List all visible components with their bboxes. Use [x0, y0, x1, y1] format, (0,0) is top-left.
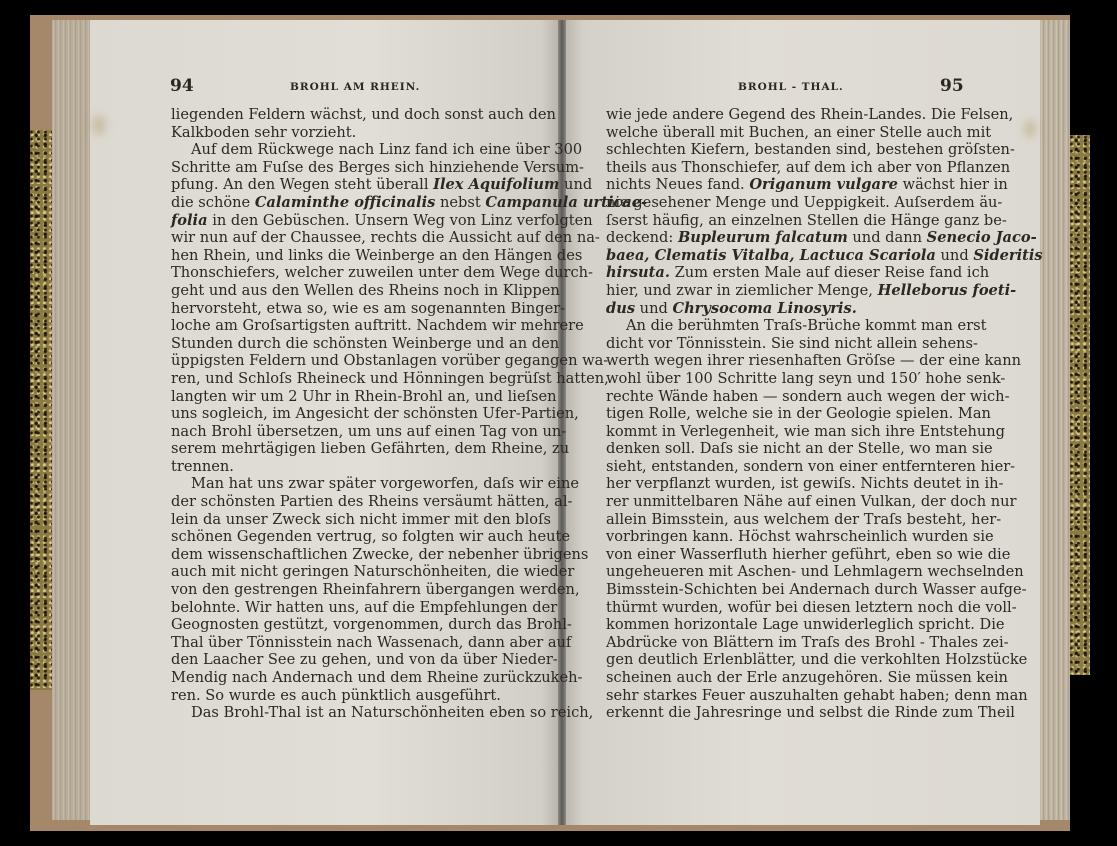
- text-line: folia in den Gebüschen. Unsern Weg von L…: [171, 212, 525, 230]
- text-line: schönen Gegenden vertrug, so folgten wir…: [171, 528, 525, 546]
- text-line: nie gesehener Menge und Ueppigkeit. Auſs…: [606, 194, 958, 212]
- text-line: kommt in Verlegenheit, wie man sich ihre…: [606, 423, 958, 441]
- text-line: kommen horizontale Lage unwiderleglich s…: [606, 616, 958, 634]
- text-line: Geognosten gestützt, vorgenommen, durch …: [171, 616, 525, 634]
- text-line: Kalkboden sehr vorzieht.: [171, 124, 525, 142]
- text-line: hirsuta. Zum ersten Male auf dieser Reis…: [606, 264, 958, 282]
- text-line: geht und aus den Wellen des Rheins noch …: [171, 282, 525, 300]
- text-line: üppigsten Feldern und Obstanlagen vorübe…: [171, 352, 525, 370]
- text-line: erkennt die Jahresringe und selbst die R…: [606, 704, 958, 722]
- latin-name: Calaminthe officinalis: [255, 194, 436, 211]
- text-line: Bimsstein-Schichten bei Andernach durch …: [606, 581, 958, 599]
- text-line: wie jede andere Gegend des Rhein-Landes.…: [606, 106, 958, 124]
- left-page-body: liegenden Feldern wächst, und doch sonst…: [171, 106, 525, 722]
- text-line: der schönsten Partien des Rheins versäum…: [171, 493, 525, 511]
- latin-name: Bupleurum falcatum: [678, 229, 848, 246]
- text-line: ren, und Schloſs Rheineck und Hönningen …: [171, 370, 525, 388]
- text-line: scheinen auch der Erle anzugehören. Sie …: [606, 669, 958, 687]
- text-line: her verpflanzt wurden, ist gewiſs. Nicht…: [606, 475, 958, 493]
- text-line: Man hat uns zwar später vorgeworfen, daſ…: [171, 475, 525, 493]
- marbled-board-right: [1070, 135, 1090, 675]
- text-line: loche am Groſsartigsten auftritt. Nachde…: [171, 317, 525, 335]
- page-edges-left: [52, 20, 92, 820]
- text-line: hervorsteht, etwa so, wie es am sogenann…: [171, 300, 525, 318]
- text-line: deckend: Bupleurum falcatum und dann Sen…: [606, 229, 958, 247]
- page-number-right: 95: [940, 76, 964, 96]
- right-page-body: wie jede andere Gegend des Rhein-Landes.…: [606, 106, 958, 722]
- text-line: ungeheueren mit Aschen- und Lehmlagern w…: [606, 563, 958, 581]
- latin-name: Ilex Aquifolium: [433, 176, 559, 193]
- text-line: rechte Wände haben — sondern auch wegen …: [606, 388, 958, 406]
- text-line: sieht, entstanden, sondern von einer ent…: [606, 458, 958, 476]
- text-line: Mendig nach Andernach und dem Rheine zur…: [171, 669, 525, 687]
- latin-name: Origanum vulgare: [749, 176, 898, 193]
- text-line: von einer Wasserfluth hierher geführt, e…: [606, 546, 958, 564]
- text-line: pfung. An den Wegen steht überall Ilex A…: [171, 176, 525, 194]
- text-line: langten wir um 2 Uhr in Rhein-Brohl an, …: [171, 388, 525, 406]
- text-line: von den gestrengen Rheinfahrern übergang…: [171, 581, 525, 599]
- text-line: liegenden Feldern wächst, und doch sonst…: [171, 106, 525, 124]
- text-line: die schöne Calaminthe officinalis nebst …: [171, 194, 525, 212]
- foxing-stain: [1024, 120, 1036, 138]
- text-line: Abdrücke von Blättern im Traſs des Brohl…: [606, 634, 958, 652]
- text-line: schlechten Kiefern, bestanden sind, best…: [606, 141, 958, 159]
- text-line: serem mehrtägigen lieben Gefährten, dem …: [171, 440, 525, 458]
- text-line: lein da unser Zweck sich nicht immer mit…: [171, 511, 525, 529]
- text-line: dicht vor Tönnisstein. Sie sind nicht al…: [606, 335, 958, 353]
- latin-name: Sideritis: [973, 247, 1042, 264]
- text-line: theils aus Thonschiefer, auf dem ich abe…: [606, 159, 958, 177]
- text-line: hen Rhein, und links die Weinberge an de…: [171, 247, 525, 265]
- text-line: An die berühmten Traſs-Brüche kommt man …: [606, 317, 958, 335]
- text-line: ren. So wurde es auch pünktlich ausgefüh…: [171, 687, 525, 705]
- running-head-left: BROHL AM RHEIN.: [290, 81, 420, 93]
- latin-name: baea, Clematis Vitalba, Lactuca Scariola: [606, 247, 936, 264]
- latin-name: Helleborus foeti-: [878, 282, 1017, 299]
- text-line: vorbringen kann. Höchst wahrscheinlich w…: [606, 528, 958, 546]
- page-number-left: 94: [170, 76, 194, 96]
- text-line: wir nun auf der Chaussee, rechts die Aus…: [171, 229, 525, 247]
- text-line: werth wegen ihrer riesenhaften Gröſse — …: [606, 352, 958, 370]
- text-line: Auf dem Rückwege nach Linz fand ich eine…: [171, 141, 525, 159]
- latin-name: Chrysocoma Linosyris.: [672, 300, 856, 317]
- text-line: Thonschiefers, welcher zuweilen unter de…: [171, 264, 525, 282]
- text-line: rer unmittelbaren Nähe auf einen Vulkan,…: [606, 493, 958, 511]
- text-line: baea, Clematis Vitalba, Lactuca Scariola…: [606, 247, 958, 265]
- foxing-stain: [92, 115, 106, 135]
- page-edges-right: [1040, 20, 1070, 820]
- text-line: auch mit nicht geringen Naturschönheiten…: [171, 563, 525, 581]
- text-line: belohnte. Wir hatten uns, auf die Empfeh…: [171, 599, 525, 617]
- text-line: denken soll. Daſs sie nicht an der Stell…: [606, 440, 958, 458]
- text-line: trennen.: [171, 458, 525, 476]
- text-line: wohl über 100 Schritte lang seyn und 150…: [606, 370, 958, 388]
- text-line: Thal über Tönnisstein nach Wassenach, da…: [171, 634, 525, 652]
- text-line: thürmt wurden, wofür bei diesen letztern…: [606, 599, 958, 617]
- text-line: gen deutlich Erlenblätter, und die verko…: [606, 651, 958, 669]
- text-line: dem wissenschaftlichen Zwecke, der neben…: [171, 546, 525, 564]
- text-line: Das Brohl-Thal ist an Naturschönheiten e…: [171, 704, 525, 722]
- latin-name: folia: [171, 212, 208, 229]
- latin-name: Senecio Jaco-: [927, 229, 1037, 246]
- text-line: hier, und zwar in ziemlicher Menge, Hell…: [606, 282, 958, 300]
- text-line: Stunden durch die schönsten Weinberge un…: [171, 335, 525, 353]
- text-line: nichts Neues fand. Origanum vulgare wäch…: [606, 176, 958, 194]
- text-line: dus und Chrysocoma Linosyris.: [606, 300, 958, 318]
- text-line: nach Brohl übersetzen, um uns auf einen …: [171, 423, 525, 441]
- latin-name: dus: [606, 300, 635, 317]
- text-line: Schritte am Fuſse des Berges sich hinzie…: [171, 159, 525, 177]
- text-line: tigen Rolle, welche sie in der Geologie …: [606, 405, 958, 423]
- text-line: ſserst häufig, an einzelnen Stellen die …: [606, 212, 958, 230]
- text-line: sehr starkes Feuer auszuhalten gehabt ha…: [606, 687, 958, 705]
- running-head-right: BROHL - THAL.: [738, 81, 844, 93]
- text-line: den Laacher See zu gehen, und von da übe…: [171, 651, 525, 669]
- text-line: allein Bimsstein, aus welchem der Traſs …: [606, 511, 958, 529]
- latin-name: hirsuta.: [606, 264, 670, 281]
- text-line: uns sogleich, im Angesicht der schönsten…: [171, 405, 525, 423]
- text-line: welche überall mit Buchen, an einer Stel…: [606, 124, 958, 142]
- marbled-board-left: [30, 130, 52, 690]
